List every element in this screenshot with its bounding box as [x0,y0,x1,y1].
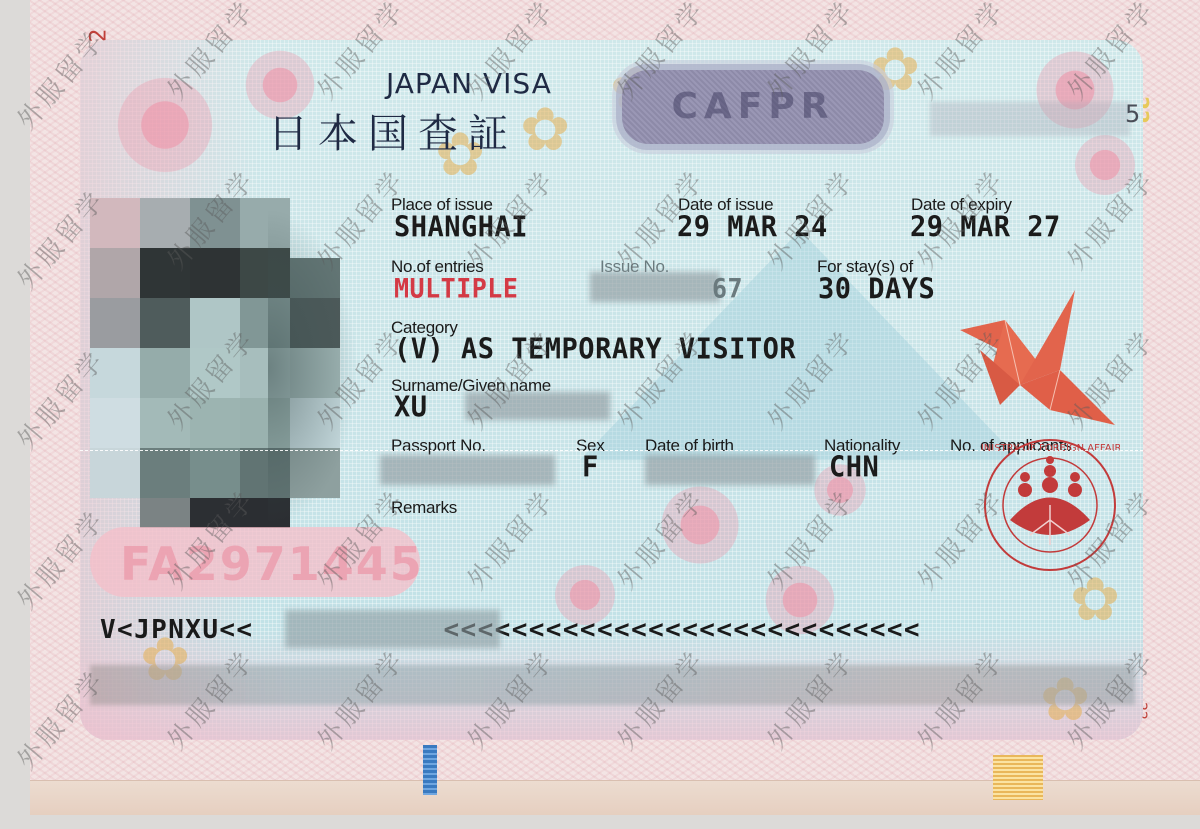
date-of-issue-value: 29 MAR 24 [677,211,828,244]
place-of-issue-value: SHANGHAI [394,211,528,244]
security-number: FA2971445 [120,537,424,591]
visa-title-japanese: 日本国査証 [268,102,518,159]
passport-no-redacted [380,455,555,485]
stay-value: 30 DAYS [818,273,935,306]
dob-label: Date of birth [645,436,734,456]
visa-sticker: ✿ ✿ ✿ ✿ ✿ ✿ ✿ JAPAN VISA 日本国査証 CAFPR 5 [80,40,1143,740]
remarks-label: Remarks [391,498,457,518]
category-value: (V) AS TEMPORARY VISITOR [394,333,796,366]
nationality-value: CHN [829,451,879,484]
maple-leaf-icon: ✿ [520,100,570,160]
mrz-line-1-redacted [285,610,500,648]
visa-number-visible-digit: 5 [1125,100,1140,128]
cherry-blossom-icon [1070,130,1140,200]
mrz-line-2-redacted [90,665,1135,705]
security-number-panel: FA2971445 [90,527,420,597]
holder-photo-pixelated [90,198,350,528]
surname-value: XU [394,391,428,424]
hologram-seal: CAFPR [622,70,884,144]
given-name-redacted [465,392,610,420]
issue-no-visible: 67 [712,273,743,303]
mrz-line-1-prefix: V<JPNXU<< [100,615,253,645]
date-of-expiry-value: 29 MAR 27 [910,211,1061,244]
entries-value: MULTIPLE [394,273,518,303]
maple-leaf-icon: ✿ [1070,570,1120,630]
visa-title-english: JAPAN VISA [386,67,552,100]
mrz-line-1: V<JPNXU<<<<<<<<<<<<<<<<<<<<<<<<<<<<<< [100,615,921,645]
visa-number-redacted [930,102,1130,136]
passport-no-label: Passport No. [391,436,486,456]
scan-artifact-line [80,450,1143,451]
issue-no-redacted [590,272,720,302]
ministry-seal-icon: MINISTRY OF FOREIGN AFFAIRS [980,435,1120,575]
photo-shadow [268,208,358,528]
security-thread-blue [423,745,437,795]
mrz-line-1-suffix: <<<<<<<<<<<<<<<<<<<<<<<<<<<< [443,615,921,645]
hologram-text: CAFPR [622,86,884,127]
cherry-blossom-icon [655,480,745,570]
dob-redacted [645,455,815,485]
svg-text:MINISTRY OF FOREIGN AFFAIRS: MINISTRY OF FOREIGN AFFAIRS [980,443,1120,454]
cherry-blossom-icon [110,70,220,180]
sex-value: F [582,451,599,484]
security-thread-gold [993,755,1043,800]
paper-crane-icon [960,290,1120,430]
